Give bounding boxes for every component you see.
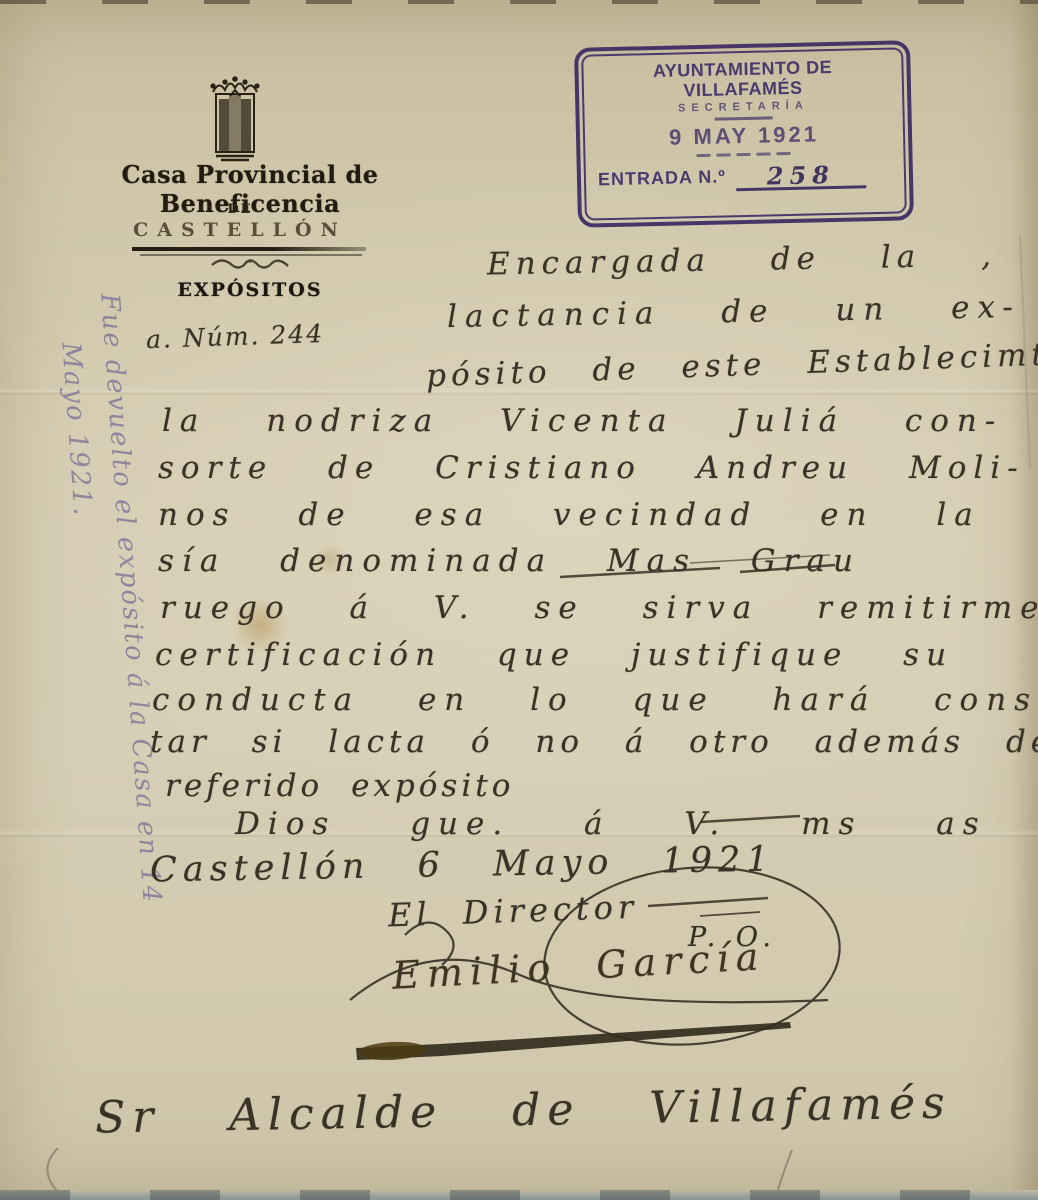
stamp-date: 9 MAY 1921 <box>595 120 894 153</box>
handwritten-line: pósito de este Establecimto <box>426 336 1038 395</box>
ink-smear <box>356 1022 791 1062</box>
signature: Emilio García <box>391 934 766 997</box>
scan-bottom-edge <box>0 1190 1038 1200</box>
letterhead-rule <box>132 247 366 251</box>
flourish-ornament-icon <box>208 257 292 271</box>
handwritten-line: sía denominada Mas Grau <box>158 543 861 579</box>
handwritten-line: certificación que justifique su <box>155 637 953 673</box>
pencil-marks <box>47 1148 792 1194</box>
scanned-letter-page: Casa Provincial de Beneficencia DE CASTE… <box>0 0 1038 1200</box>
signer-title: El Director <box>387 888 638 935</box>
handwritten-line: nos de esa vecindad en la ma- <box>158 497 1038 533</box>
dash-after-director <box>648 898 768 916</box>
letterhead-rule <box>140 254 362 256</box>
addressee-line: Sr Alcalde de Villafamés <box>95 1078 952 1144</box>
registry-stamp: AYUNTAMIENTO DE VILLAFAMÉS SECRETARÍA 9 … <box>574 40 914 228</box>
handwritten-line: lactancia de un ex- <box>447 289 1021 335</box>
handwritten-line: sorte de Cristiano Andreu Moli- <box>158 450 1025 486</box>
letterhead-city: CASTELLÓN <box>120 219 360 241</box>
letterhead-de: DE <box>120 202 360 217</box>
file-number: a. Núm. 244 <box>146 319 325 354</box>
stamp-rule <box>696 152 792 157</box>
stamp-inner: AYUNTAMIENTO DE VILLAFAMÉS SECRETARÍA 9 … <box>581 47 907 220</box>
margin-annotation: Fue devuelto el expósito á la Casa en 14… <box>46 292 172 909</box>
handwritten-line: conducta en lo que hará cons- <box>152 682 1038 718</box>
stamp-title: AYUNTAMIENTO DE VILLAFAMÉS <box>593 56 892 103</box>
crest-icon <box>203 74 267 168</box>
handwritten-line: la nodriza Vicenta Juliá con- <box>162 403 1003 439</box>
handwritten-line: Encargada de la , <box>487 238 997 283</box>
valediction-line: Dios gue. á V. ms as <box>235 806 987 842</box>
place-date-line: Castellón 6 Mayo 1921 <box>150 840 775 891</box>
handwritten-line: ruego á V. se sirva remitirme <box>160 590 1038 626</box>
stamp-rule <box>715 116 773 120</box>
handwritten-line: referido expósito <box>165 768 514 804</box>
handwritten-line: tar si lacta ó no á otro además del <box>150 724 1038 760</box>
letterhead-section: EXPÓSITOS <box>150 279 350 301</box>
stamp-entry-number: 258 <box>736 163 867 191</box>
stamp-entry-label: ENTRADA N.º <box>598 166 726 190</box>
scan-top-edge <box>0 0 1038 4</box>
